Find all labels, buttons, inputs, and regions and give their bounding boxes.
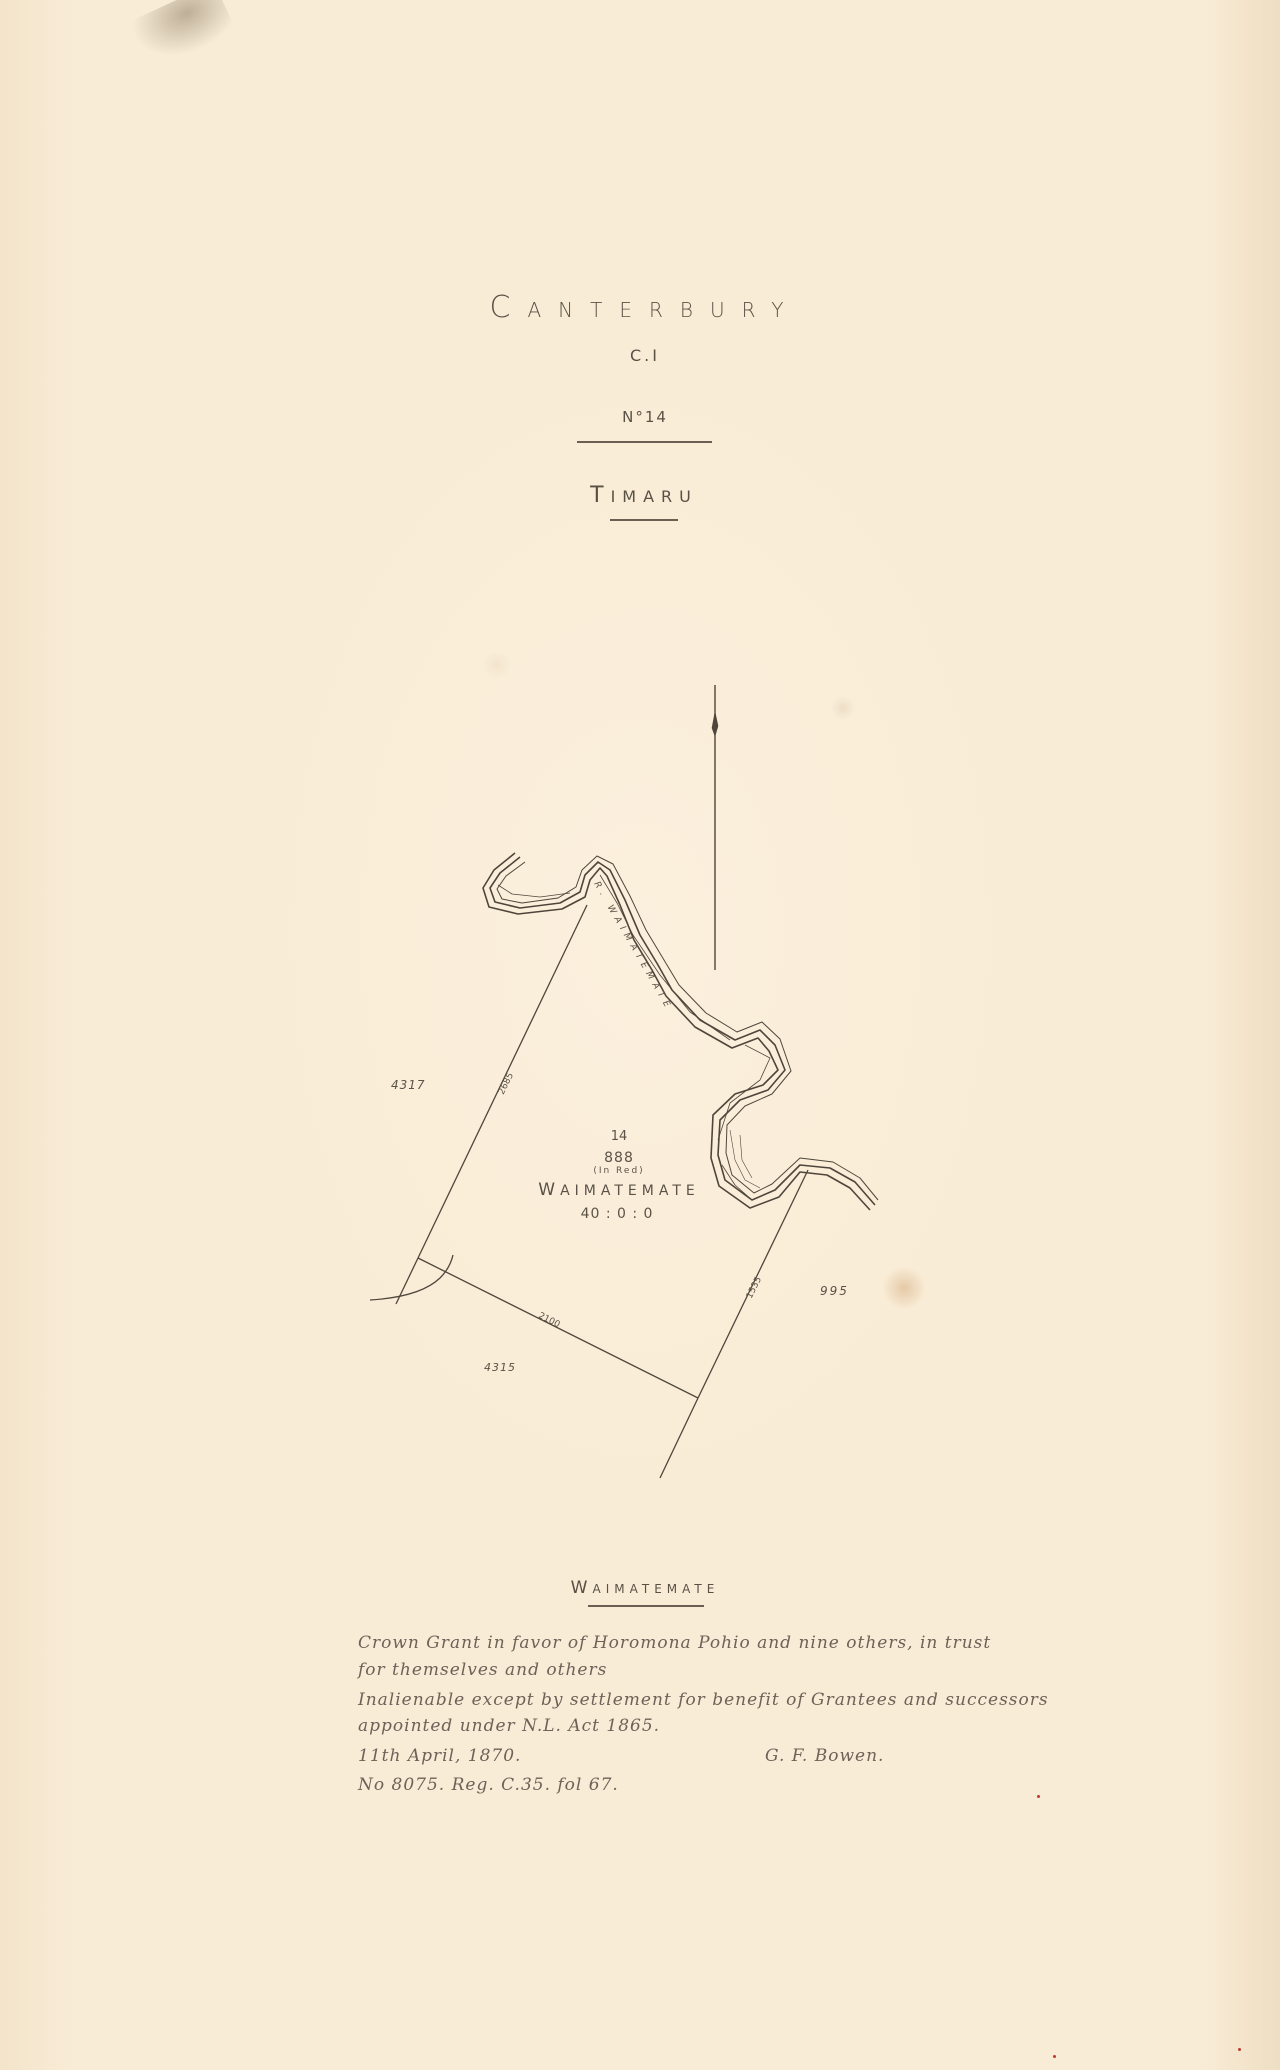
grant-line-3: Inalienable except by settlement for ben…	[358, 1690, 1049, 1710]
red-ink-speck	[1037, 1795, 1040, 1798]
registry-reference: No 8075. Reg. C.35. fol 67.	[358, 1775, 619, 1795]
red-note: (In Red)	[593, 1166, 644, 1176]
red-ink-speck	[1053, 2055, 1056, 2058]
red-number: 888	[604, 1150, 634, 1166]
parcel-name-rest: AIMATEMATE	[560, 1183, 700, 1199]
grant-line-1: Crown Grant in favor of Horomona Pohio a…	[358, 1633, 991, 1653]
caption-title-initial: W	[571, 1578, 593, 1598]
caption-title-rest: AIMATEMATE	[592, 1582, 719, 1596]
parcel-area: 40 : 0 : 0	[581, 1206, 654, 1222]
caption-rule	[588, 1605, 704, 1607]
river	[483, 853, 878, 1210]
adjoining-section-east: 995	[820, 1284, 849, 1298]
signature: G. F. Bowen.	[765, 1746, 884, 1766]
parcel-name-initial: W	[538, 1180, 560, 1200]
parcel-name: WAIMATEMATE	[538, 1180, 699, 1200]
red-ink-speck	[1238, 2048, 1241, 2051]
adjoining-section-west: 4317	[391, 1078, 426, 1092]
caption-title: WAIMATEMATE	[571, 1578, 720, 1598]
grant-date: 11th April, 1870.	[358, 1746, 521, 1766]
survey-plan	[0, 0, 1280, 2070]
grant-line-4: appointed under N.L. Act 1865.	[358, 1716, 660, 1736]
grant-line-2: for themselves and others	[358, 1660, 607, 1680]
section-number: 14	[611, 1129, 628, 1144]
north-arrow-icon	[712, 685, 718, 970]
adjoining-section-south: 4315	[484, 1361, 516, 1374]
